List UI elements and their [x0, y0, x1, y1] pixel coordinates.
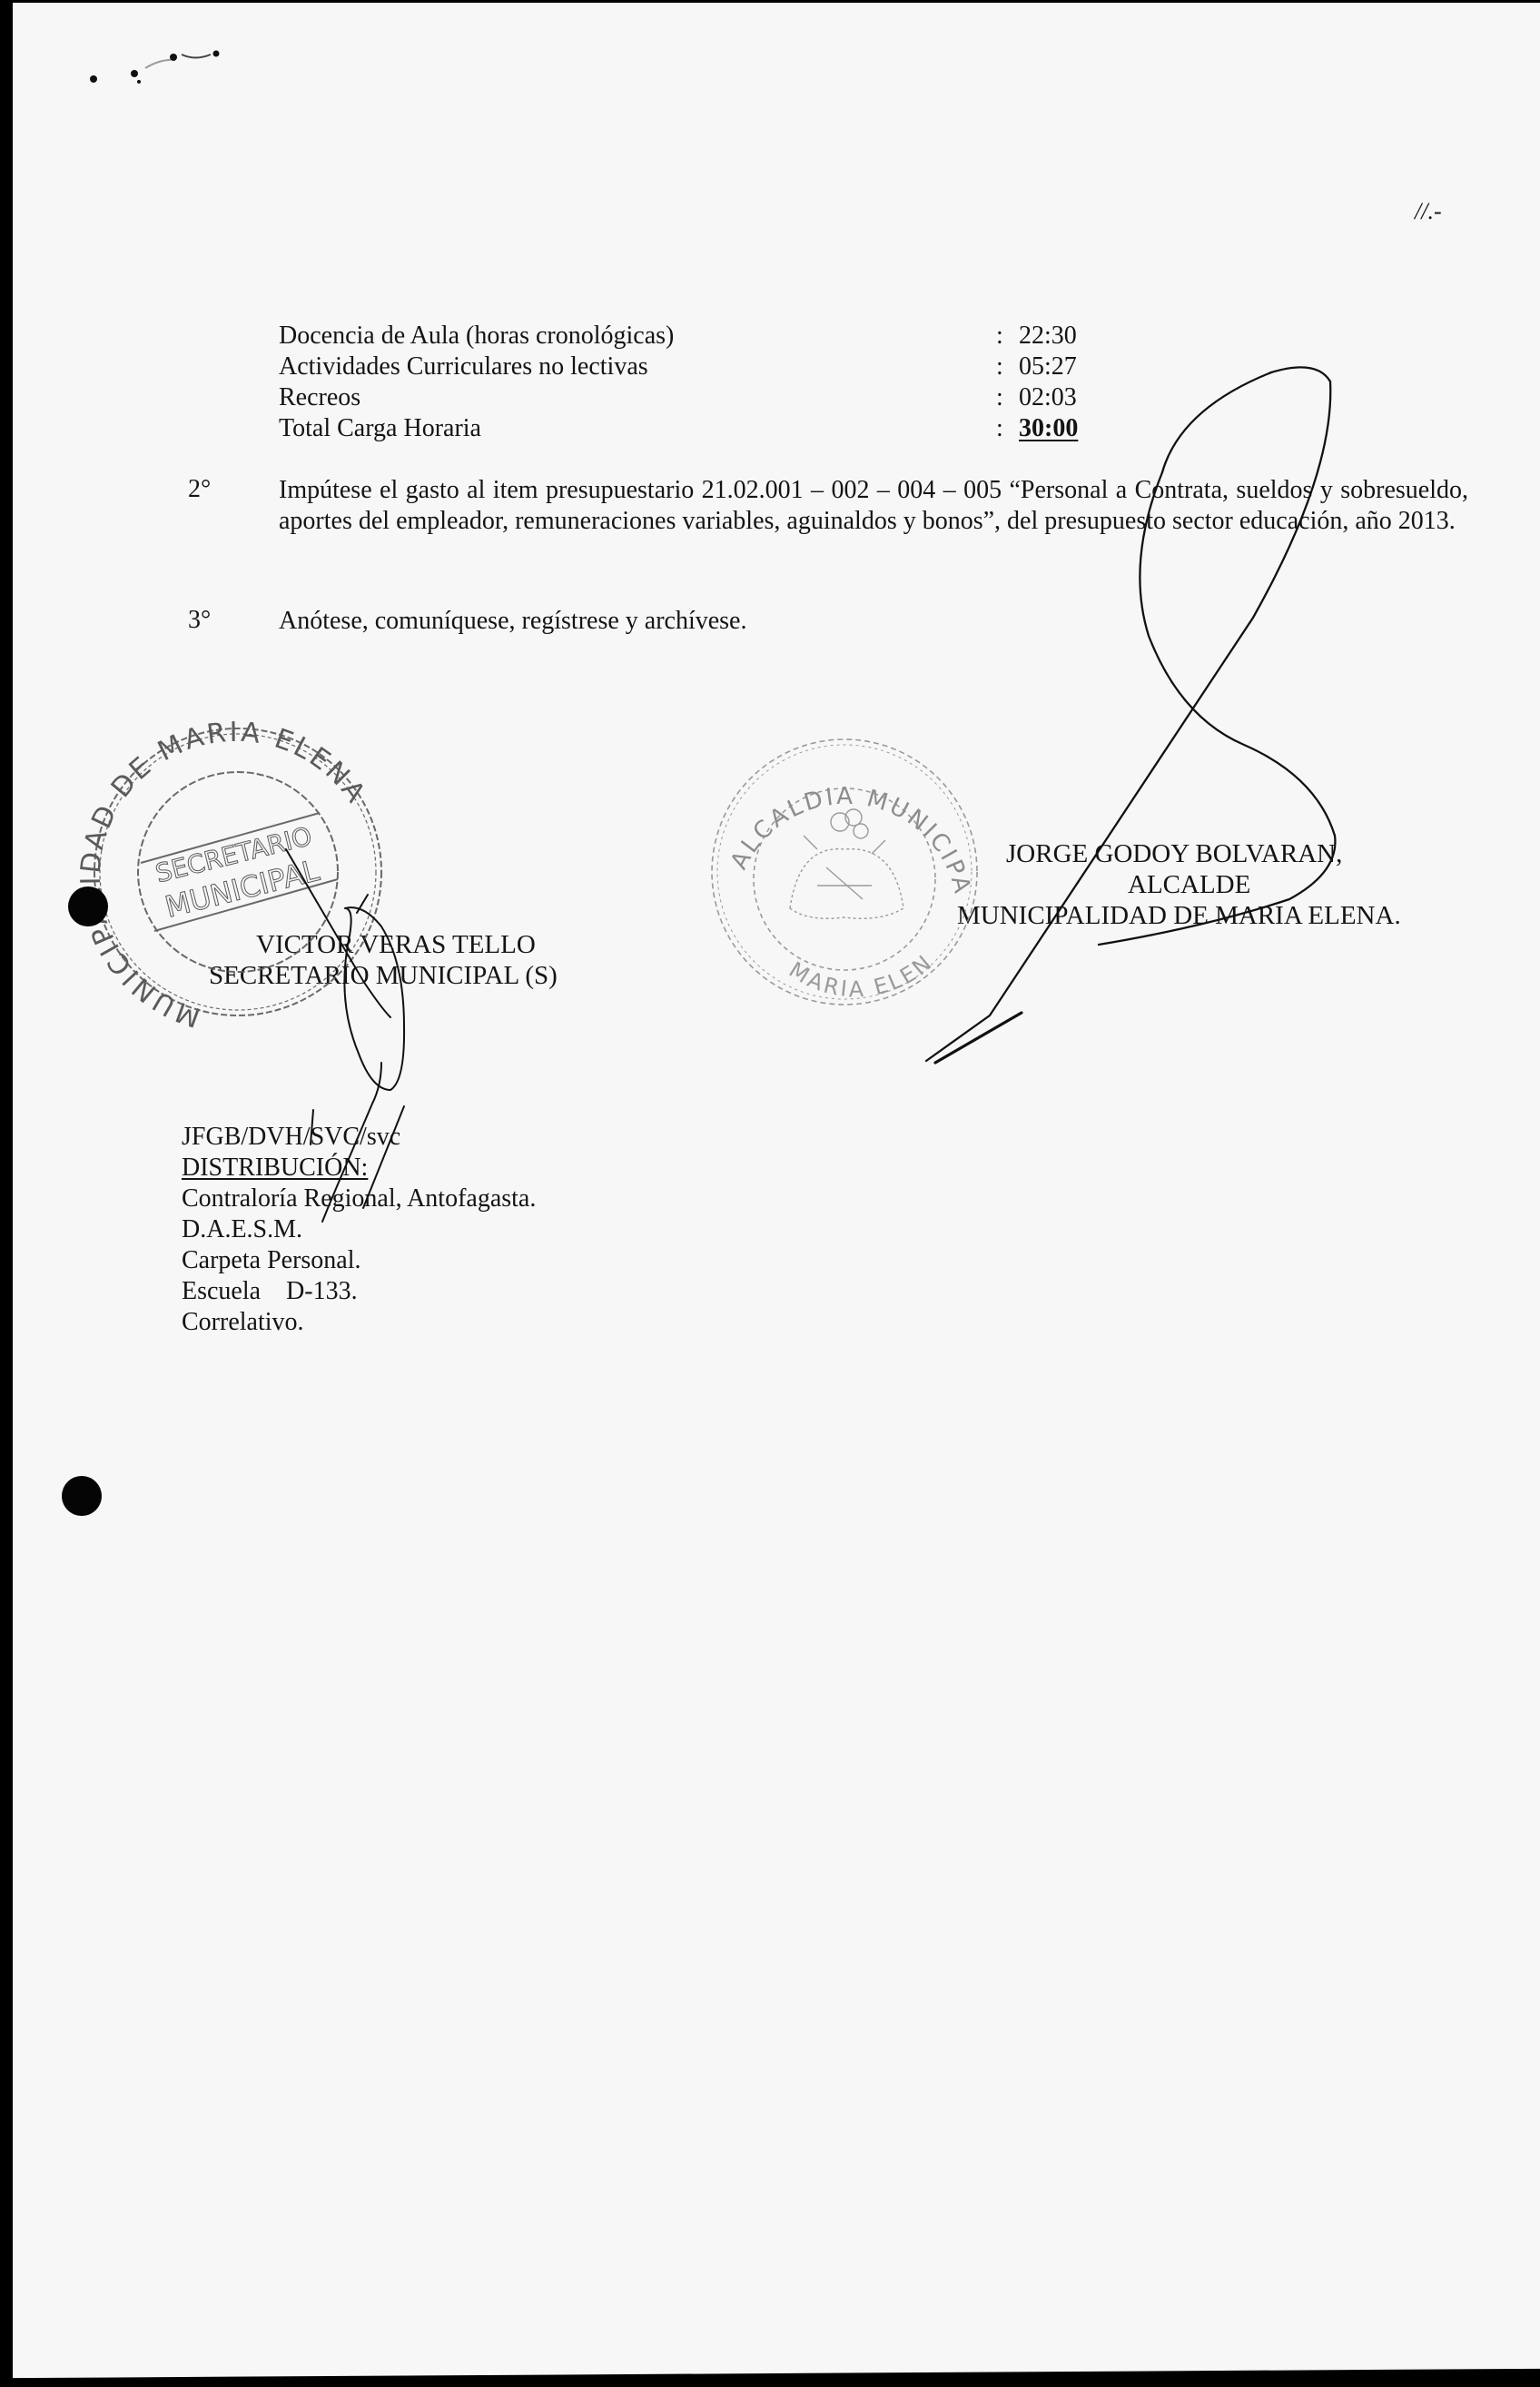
secretary-title: SECRETARIO MUNICIPAL (S) [209, 960, 558, 991]
hours-value: 05:27 [1019, 352, 1077, 382]
hours-separator: : [996, 413, 1003, 444]
hours-row: Docencia de Aula (horas cronológicas) : … [279, 321, 1096, 352]
hours-value: 02:03 [1019, 382, 1077, 413]
document-page: //.- Docencia de Aula (horas cronológica… [13, 3, 1540, 2355]
hours-separator: : [996, 321, 1003, 352]
page-continuation-mark: //.- [1415, 198, 1442, 225]
hours-table: Docencia de Aula (horas cronológicas) : … [279, 321, 1096, 444]
distribution-recipient: Contraloría Regional, Antofagasta. [182, 1184, 536, 1214]
hours-label: Recreos [279, 382, 360, 413]
distribution-recipient: Carpeta Personal. [182, 1245, 536, 1276]
distribution-heading: DISTRIBUCIÓN: [182, 1154, 368, 1182]
clause-text: Anótese, comuníquese, regístrese y archí… [279, 606, 1468, 637]
distribution-recipient: Escuela D-133. [182, 1276, 536, 1307]
clause-number: 3° [188, 606, 211, 635]
hours-total-value: 30:00 [1019, 413, 1078, 444]
hours-total-label: Total Carga Horaria [279, 413, 481, 444]
distribution-block: JFGB/DVH/SVC/svc DISTRIBUCIÓN: Contralor… [182, 1122, 536, 1338]
hours-separator: : [996, 382, 1003, 413]
clause-text: Impútese el gasto al item presupuestario… [279, 475, 1468, 537]
hours-total-row: Total Carga Horaria : 30:00 [279, 413, 1096, 444]
secretary-name: VICTOR VERAS TELLO [209, 929, 558, 960]
hours-label: Actividades Curriculares no lectivas [279, 352, 648, 382]
mayor-organization: MUNICIPALIDAD DE MARIA ELENA. [957, 900, 1401, 931]
mayor-title: ALCALDE [957, 869, 1401, 900]
hours-value: 22:30 [1019, 321, 1077, 352]
reference-initials: JFGB/DVH/SVC/svc [182, 1122, 536, 1153]
mayor-signature-block: JORGE GODOY BOLVARAN, ALCALDE MUNICIPALI… [957, 838, 1401, 931]
hours-separator: : [996, 352, 1003, 382]
distribution-recipient: Correlativo. [182, 1307, 536, 1338]
clause-number: 2° [188, 475, 211, 504]
secretary-signature-block: VICTOR VERAS TELLO SECRETARIO MUNICIPAL … [209, 929, 558, 991]
hours-row: Actividades Curriculares no lectivas : 0… [279, 352, 1096, 382]
hours-label: Docencia de Aula (horas cronológicas) [279, 321, 674, 352]
mayor-name: JORGE GODOY BOLVARAN, [957, 838, 1401, 869]
distribution-recipient: D.A.E.S.M. [182, 1214, 536, 1245]
hours-row: Recreos : 02:03 [279, 382, 1096, 413]
